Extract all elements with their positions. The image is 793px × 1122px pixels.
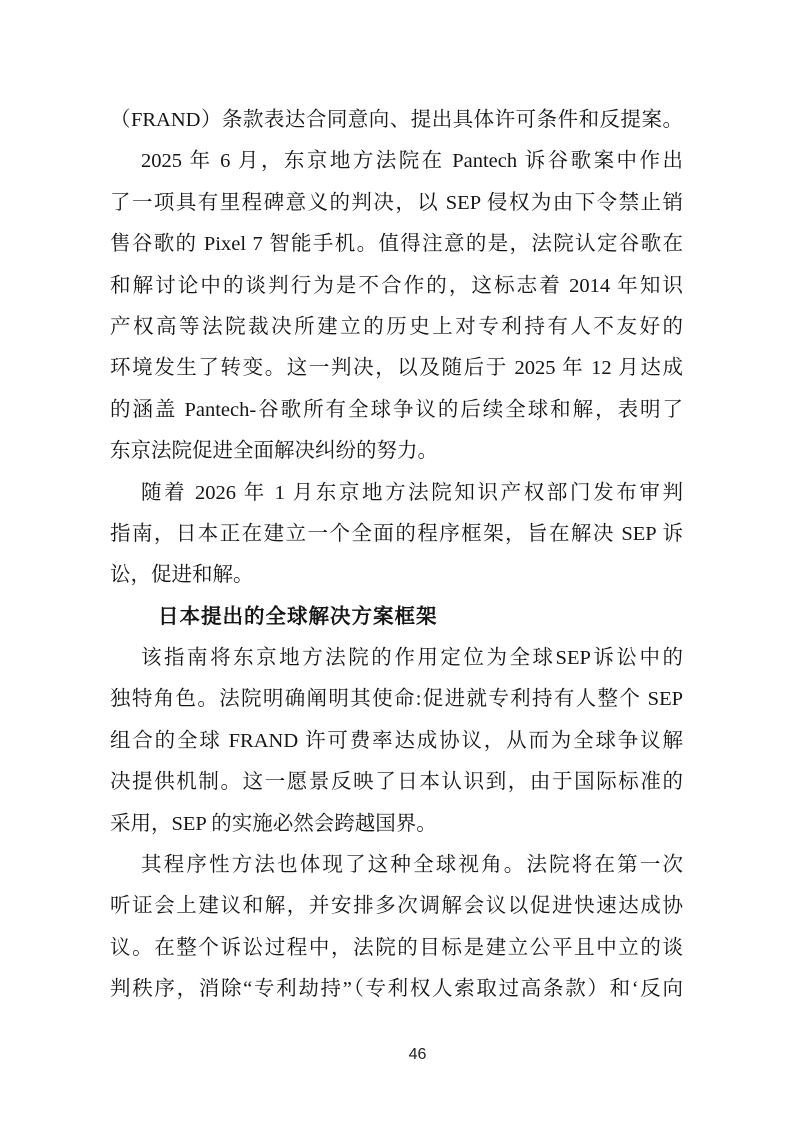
text-line: 听证会上建议和解，并安排多次调解会议以促进快速达成协 [110, 886, 683, 927]
text-line: 该指南将东京地方法院的作用定位为全球SEP诉讼中的 [110, 638, 683, 679]
text-line: 决提供机制。这一愿景反映了日本认识到，由于国际标准的 [110, 762, 683, 803]
text-block: （FRAND）条款表达合同意向、提出具体许可条件和反提案。 2025 年 6 月… [110, 100, 683, 1011]
section-heading: 日本提出的全球解决方案框架 [110, 597, 683, 638]
document-page: （FRAND）条款表达合同意向、提出具体许可条件和反提案。 2025 年 6 月… [0, 0, 793, 1122]
text-line: 指南，日本正在建立一个全面的程序框架，旨在解决 SEP 诉 [110, 514, 683, 555]
text-line: 产权高等法院裁决所建立的历史上对专利持有人不友好的 [110, 307, 683, 348]
text-line: 组合的全球 FRAND 许可费率达成协议，从而为全球争议解 [110, 721, 683, 762]
text-line: 售谷歌的 Pixel 7 智能手机。值得注意的是，法院认定谷歌在 [110, 224, 683, 265]
text-line: 了一项具有里程碑意义的判决，以 SEP 侵权为由下令禁止销 [110, 183, 683, 224]
text-line: （FRAND）条款表达合同意向、提出具体许可条件和反提案。 [110, 100, 683, 141]
text-line: 随着 2026 年 1 月东京地方法院知识产权部门发布审判 [110, 473, 683, 514]
text-line: 的涵盖 Pantech-谷歌所有全球争议的后续全球和解，表明了 [110, 390, 683, 431]
text-line: 判秩序，消除“专利劫持”（专利权人索取过高条款）和‘反向 [110, 969, 683, 1010]
text-line: 讼，促进和解。 [110, 555, 683, 596]
text-line: 和解讨论中的谈判行为是不合作的，这标志着 2014 年知识 [110, 266, 683, 307]
text-line: 独特角色。法院明确阐明其使命:促进就专利持有人整个 SEP [110, 679, 683, 720]
text-line: 其程序性方法也体现了这种全球视角。法院将在第一次 [110, 845, 683, 886]
text-line: 东京法院促进全面解决纠纷的努力。 [110, 431, 683, 472]
text-line: 环境发生了转变。这一判决，以及随后于 2025 年 12 月达成 [110, 348, 683, 389]
page-number: 46 [21, 1045, 793, 1065]
text-line: 2025 年 6 月，东京地方法院在 Pantech 诉谷歌案中作出 [110, 141, 683, 182]
text-line: 采用，SEP 的实施必然会跨越国界。 [110, 804, 683, 845]
text-line: 议。在整个诉讼过程中，法院的目标是建立公平且中立的谈 [110, 928, 683, 969]
